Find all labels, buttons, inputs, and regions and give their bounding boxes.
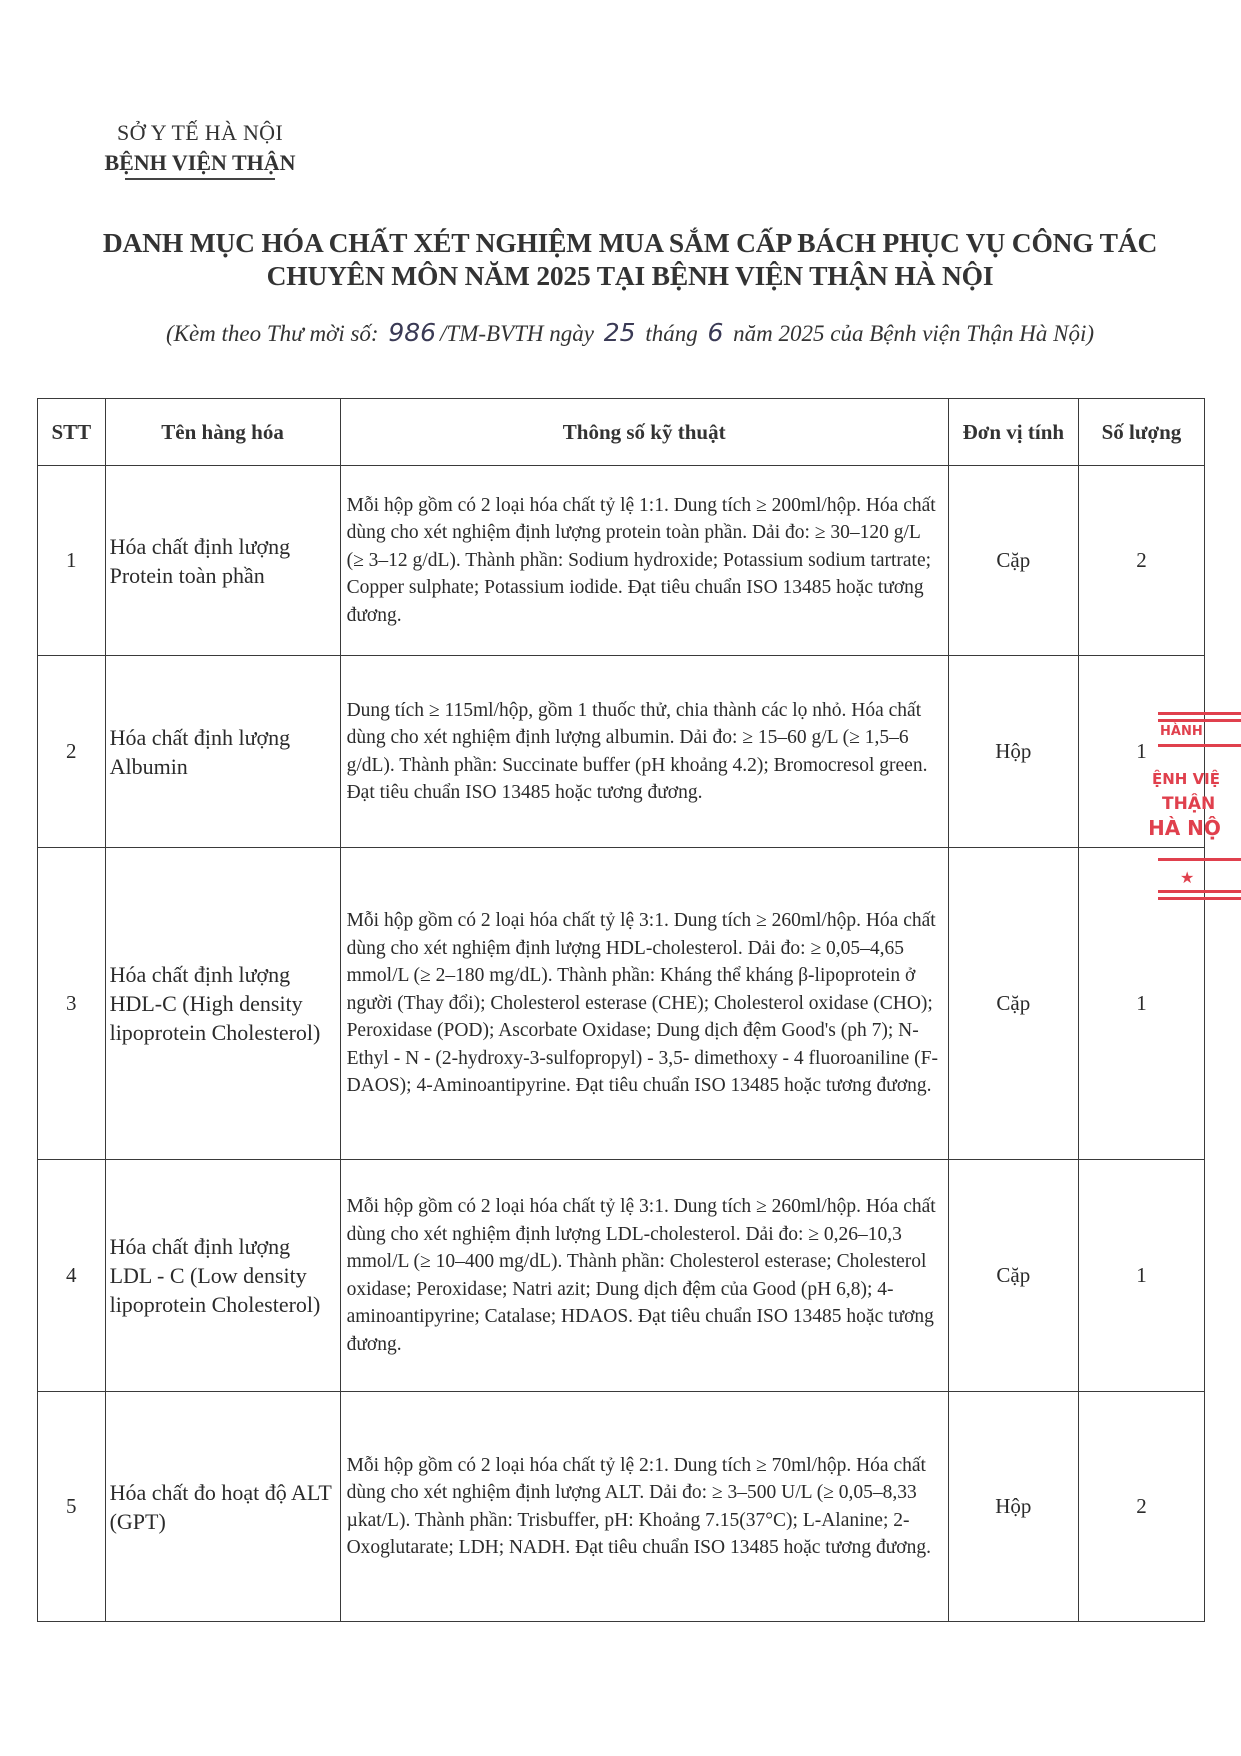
seal-star-icon: ★	[1180, 868, 1194, 887]
seal-arc	[1158, 744, 1241, 747]
seal-text-3: THẬN	[1162, 794, 1215, 814]
chemicals-table: STT Tên hàng hóa Thông số kỹ thuật Đơn v…	[37, 398, 1205, 1622]
reference-day: 25	[604, 318, 636, 347]
cell-stt: 1	[38, 466, 106, 656]
cell-name: Hóa chất định lượng Albumin	[105, 656, 340, 848]
seal-text-4: HÀ NỘ	[1150, 816, 1221, 840]
title-line-1: DANH MỤC HÓA CHẤT XÉT NGHIỆM MUA SẮM CẤP…	[30, 226, 1230, 259]
seal-ring-bottom	[1158, 890, 1241, 900]
cell-stt: 3	[38, 848, 106, 1160]
cell-unit: Cặp	[948, 466, 1078, 656]
seal-ring-top	[1158, 712, 1241, 722]
table-row: 5 Hóa chất đo hoạt độ ALT (GPT) Mỗi hộp …	[38, 1392, 1205, 1622]
cell-spec: Mỗi hộp gồm có 2 loại hóa chất tỷ lệ 3:1…	[340, 1160, 948, 1392]
month-label: tháng	[645, 321, 697, 346]
document-title: DANH MỤC HÓA CHẤT XÉT NGHIỆM MUA SẮM CẤP…	[30, 226, 1230, 292]
cell-qty: 2	[1078, 1392, 1204, 1622]
cell-stt: 4	[38, 1160, 106, 1392]
cell-spec: Dung tích ≥ 115ml/hộp, gồm 1 thuốc thử, …	[340, 656, 948, 848]
table-row: 2 Hóa chất định lượng Albumin Dung tích …	[38, 656, 1205, 848]
seal-text-2: ỆNH VIỆ	[1152, 770, 1220, 788]
cell-name: Hóa chất đo hoạt độ ALT (GPT)	[105, 1392, 340, 1622]
letter-number: 986	[388, 318, 436, 347]
document-reference: (Kèm theo Thư mời số: 986/TM-BVTH ngày 2…	[30, 318, 1230, 347]
cell-spec: Mỗi hộp gồm có 2 loại hóa chất tỷ lệ 3:1…	[340, 848, 948, 1160]
cell-unit: Cặp	[948, 848, 1078, 1160]
header-name: Tên hàng hóa	[105, 399, 340, 466]
reference-code: /TM-BVTH ngày	[440, 321, 594, 346]
cell-unit: Hộp	[948, 1392, 1078, 1622]
cell-qty: 2	[1078, 466, 1204, 656]
hospital-name: BỆNH VIỆN THẬN	[80, 150, 320, 176]
cell-stt: 2	[38, 656, 106, 848]
seal-text-1: HÀNH	[1160, 724, 1203, 739]
cell-spec: Mỗi hộp gồm có 2 loại hóa chất tỷ lệ 1:1…	[340, 466, 948, 656]
header-stt: STT	[38, 399, 106, 466]
table-row: 3 Hóa chất định lượng HDL-C (High densit…	[38, 848, 1205, 1160]
header-spec: Thông số kỹ thuật	[340, 399, 948, 466]
cell-name: Hóa chất định lượng LDL - C (Low density…	[105, 1160, 340, 1392]
cell-unit: Hộp	[948, 656, 1078, 848]
title-line-2: CHUYÊN MÔN NĂM 2025 TẠI BỆNH VIỆN THẬN H…	[30, 259, 1230, 292]
seal-arc-lower	[1158, 858, 1241, 861]
cell-spec: Mỗi hộp gồm có 2 loại hóa chất tỷ lệ 2:1…	[340, 1392, 948, 1622]
hospital-underline	[125, 178, 275, 180]
reference-suffix: năm 2025 của Bệnh viện Thận Hà Nội)	[733, 321, 1094, 346]
official-red-seal: HÀNH ỆNH VIỆ THẬN HÀ NỘ ★	[1150, 700, 1241, 920]
cell-name: Hóa chất định lượng HDL-C (High density …	[105, 848, 340, 1160]
issuing-organization: SỞ Y TẾ HÀ NỘI BỆNH VIỆN THẬN	[80, 120, 320, 180]
header-unit: Đơn vị tính	[948, 399, 1078, 466]
reference-prefix: (Kèm theo Thư mời số:	[166, 321, 379, 346]
table-row: 1 Hóa chất định lượng Protein toàn phần …	[38, 466, 1205, 656]
cell-qty: 1	[1078, 1160, 1204, 1392]
ministry-name: SỞ Y TẾ HÀ NỘI	[80, 120, 320, 146]
cell-stt: 5	[38, 1392, 106, 1622]
header-qty: Số lượng	[1078, 399, 1204, 466]
table-row: 4 Hóa chất định lượng LDL - C (Low densi…	[38, 1160, 1205, 1392]
reference-month: 6	[707, 318, 723, 347]
table-header-row: STT Tên hàng hóa Thông số kỹ thuật Đơn v…	[38, 399, 1205, 466]
cell-unit: Cặp	[948, 1160, 1078, 1392]
cell-name: Hóa chất định lượng Protein toàn phần	[105, 466, 340, 656]
